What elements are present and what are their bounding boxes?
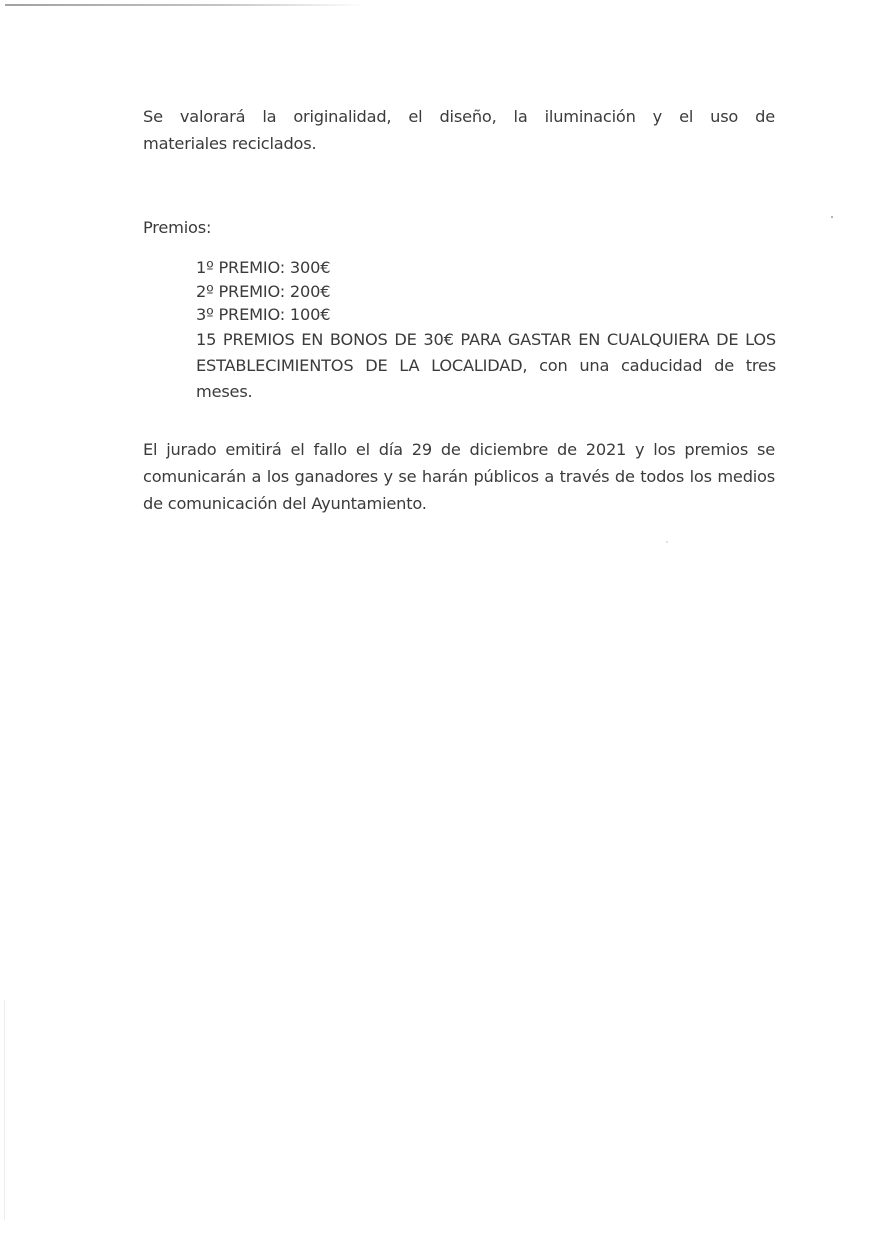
closing-paragraph: El jurado emitirá el fallo el día 29 de … <box>143 436 775 517</box>
prize-item-second: 2º PREMIO: 200€ <box>196 280 776 304</box>
scan-speck <box>831 216 833 218</box>
prize-item-vouchers: 15 PREMIOS EN BONOS DE 30€ PARA GASTAR E… <box>196 327 776 405</box>
prizes-list: 1º PREMIO: 300€ 2º PREMIO: 200€ 3º PREMI… <box>196 256 776 405</box>
scan-artifact-edge <box>4 1000 5 1220</box>
prizes-heading: Premios: <box>143 214 211 241</box>
criteria-line-1: Se valorará la originalidad, el diseño, … <box>143 103 775 130</box>
prize-item-third: 3º PREMIO: 100€ <box>196 303 776 327</box>
scan-speck <box>666 541 668 543</box>
criteria-line-2: materiales reciclados. <box>143 134 316 153</box>
prize-item-first: 1º PREMIO: 300€ <box>196 256 776 280</box>
criteria-paragraph: Se valorará la originalidad, el diseño, … <box>143 103 775 157</box>
document-page: Se valorará la originalidad, el diseño, … <box>143 103 775 157</box>
scan-artifact-line <box>5 4 365 6</box>
